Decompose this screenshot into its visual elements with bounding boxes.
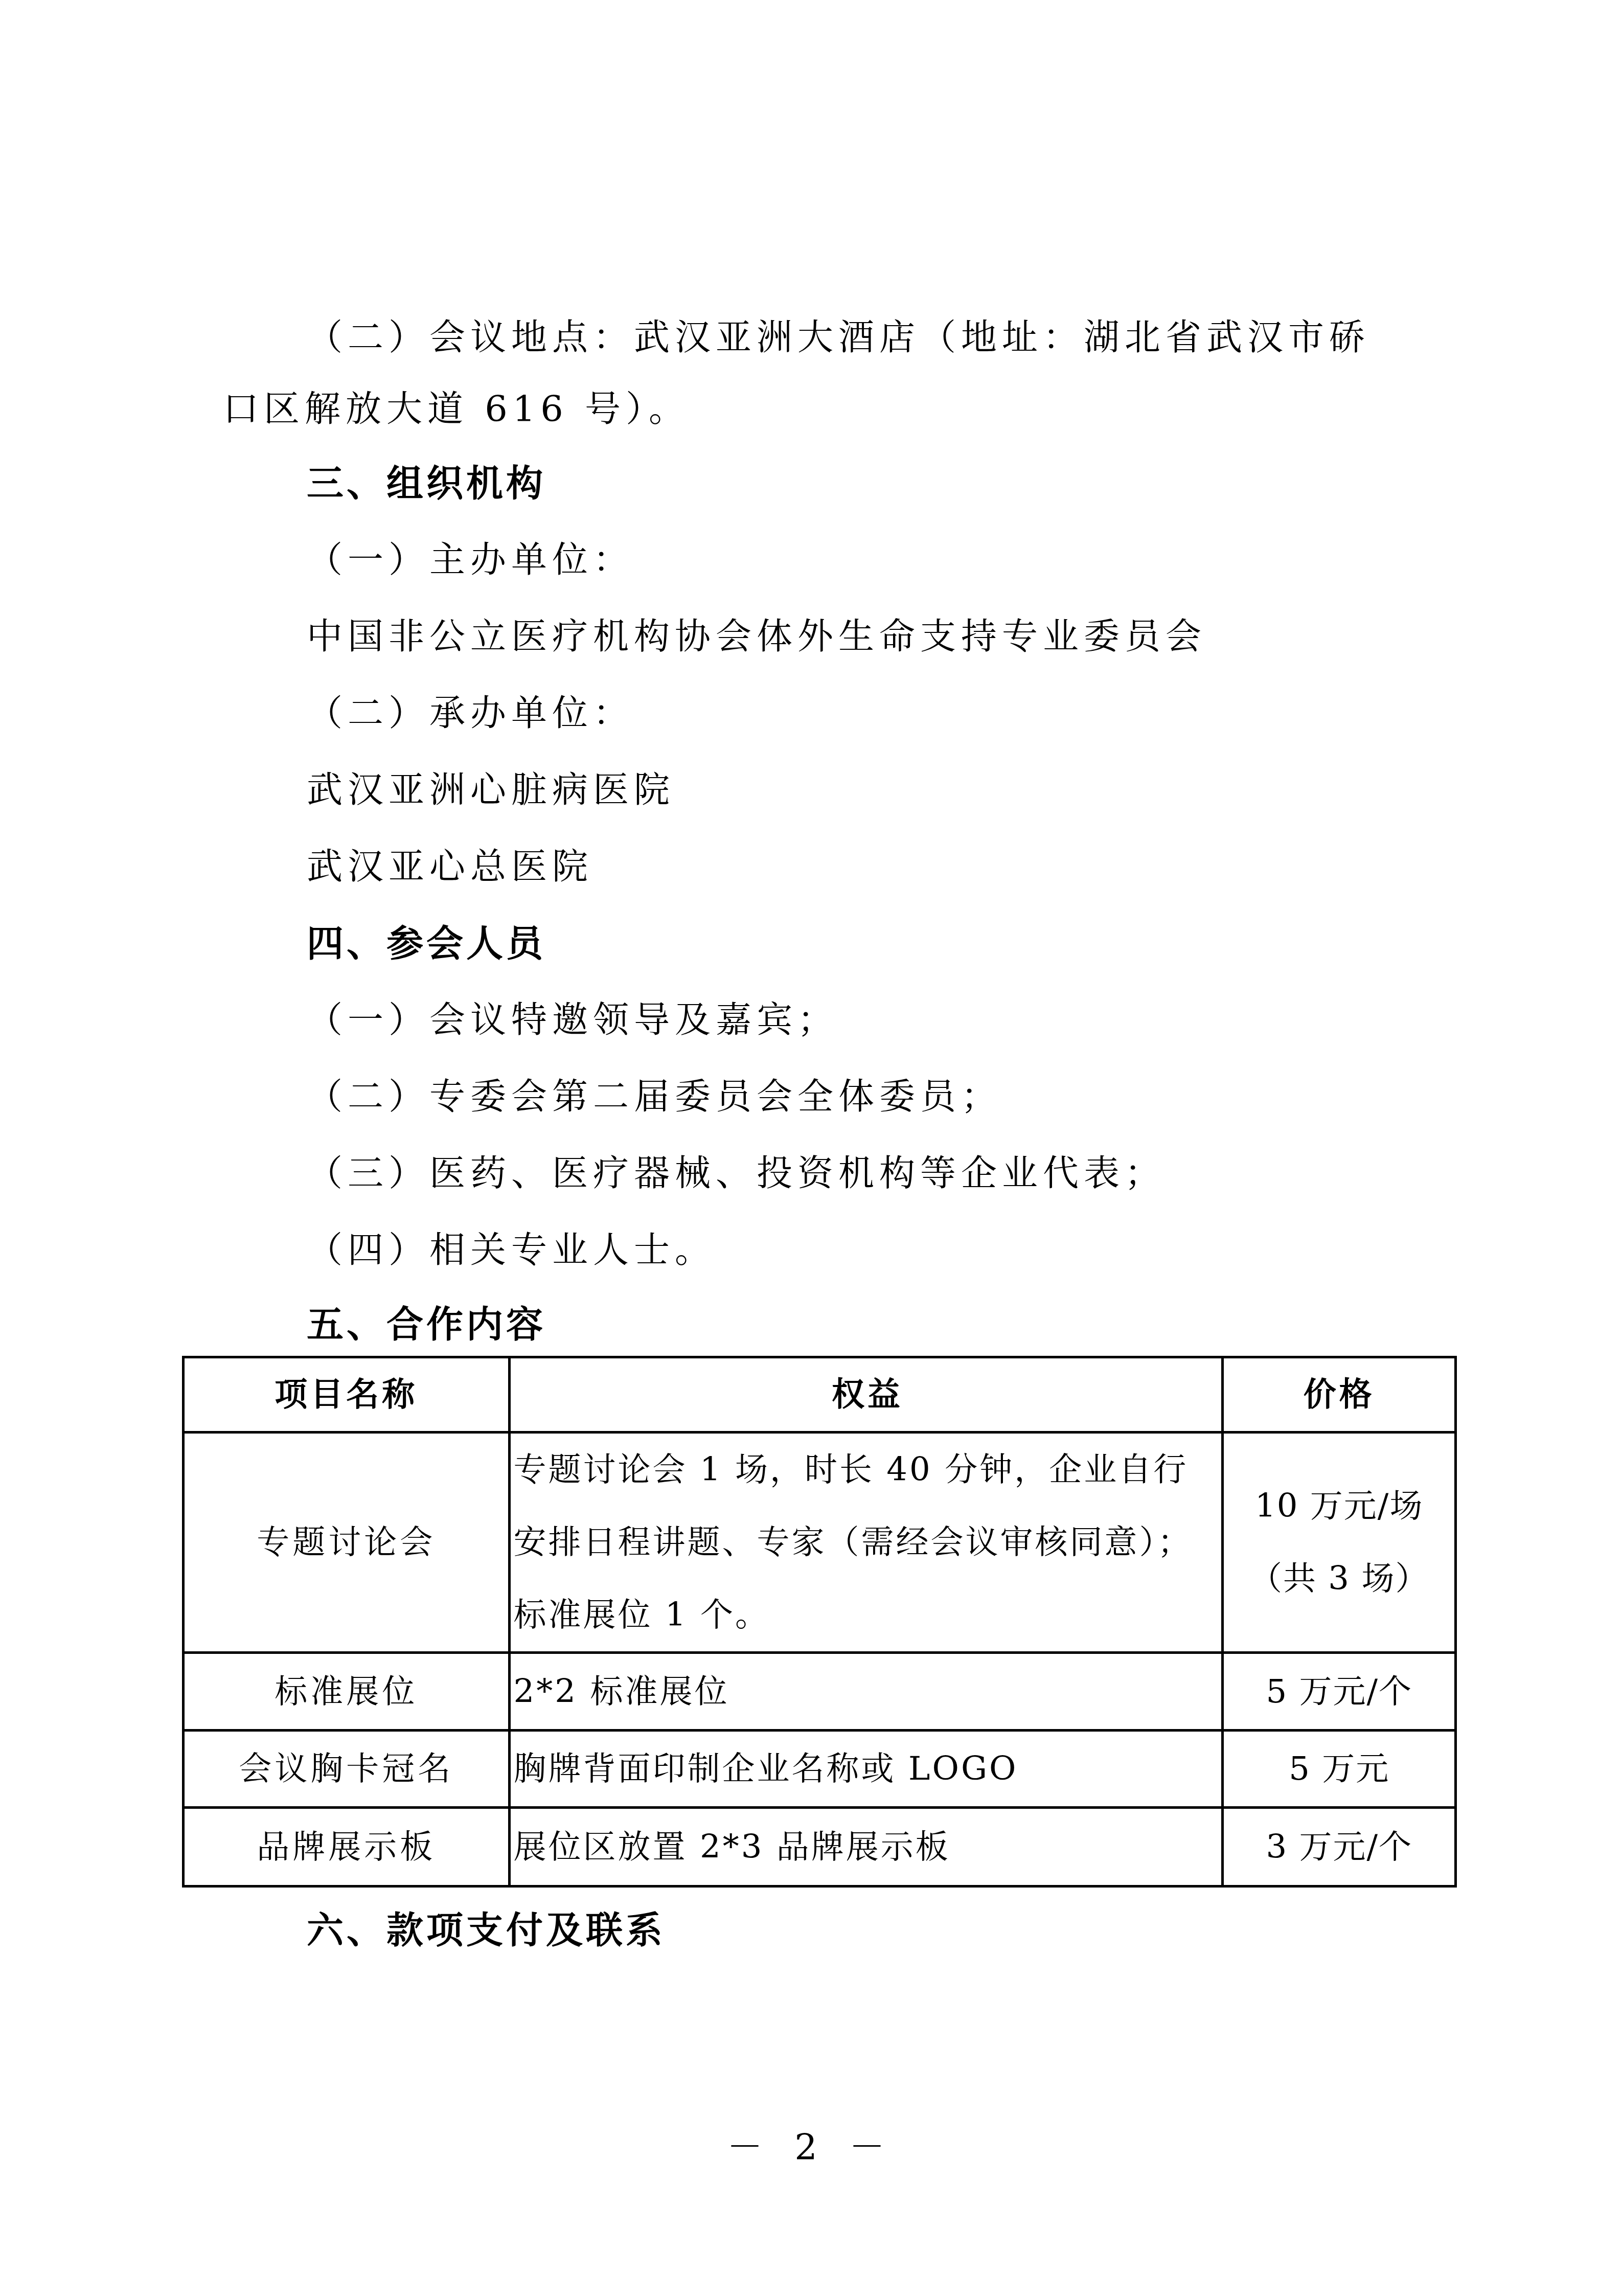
section-6-heading: 六、款项支付及联系 bbox=[307, 1904, 666, 1956]
venue-line-1: （二）会议地点：武汉亚洲大酒店（地址：湖北省武汉市硚 bbox=[307, 312, 1370, 363]
host-label: （一）主办单位： bbox=[307, 534, 634, 585]
table-row: 会议胸卡冠名 胸牌背面印制企业名称或 LOGO 5 万元 bbox=[184, 1731, 1456, 1808]
item-name-cell: 会议胸卡冠名 bbox=[184, 1731, 510, 1808]
header-item-name: 项目名称 bbox=[184, 1357, 510, 1433]
benefits-cell: 胸牌背面印制企业名称或 LOGO bbox=[509, 1731, 1223, 1808]
benefits-line: 标准展位 1 个。 bbox=[514, 1579, 1222, 1651]
price-line: （共 3 场） bbox=[1224, 1542, 1454, 1615]
benefits-line: 专题讨论会 1 场，时长 40 分钟，企业自行 bbox=[514, 1434, 1222, 1506]
benefits-cell: 展位区放置 2*3 品牌展示板 bbox=[509, 1808, 1223, 1886]
item-name-cell: 专题讨论会 bbox=[184, 1433, 510, 1653]
attendee-item-2: （二）专委会第二届委员会全体委员； bbox=[307, 1071, 1002, 1122]
price-cell: 5 万元 bbox=[1223, 1731, 1456, 1808]
cooperation-table: 项目名称 权益 价格 专题讨论会 专题讨论会 1 场，时长 40 分钟，企业自行… bbox=[182, 1356, 1457, 1888]
item-name-cell: 品牌展示板 bbox=[184, 1808, 510, 1886]
organizer-value-2: 武汉亚心总医院 bbox=[307, 841, 593, 892]
price-cell: 10 万元/场 （共 3 场） bbox=[1223, 1433, 1456, 1653]
header-benefits: 权益 bbox=[509, 1357, 1223, 1433]
header-price: 价格 bbox=[1223, 1357, 1456, 1433]
price-cell: 3 万元/个 bbox=[1223, 1808, 1456, 1886]
attendee-item-4: （四）相关专业人士。 bbox=[307, 1224, 716, 1276]
item-name-cell: 标准展位 bbox=[184, 1653, 510, 1731]
price-cell: 5 万元/个 bbox=[1223, 1653, 1456, 1731]
organizer-value-1: 武汉亚洲心脏病医院 bbox=[307, 764, 675, 815]
price-line: 10 万元/场 bbox=[1224, 1470, 1454, 1542]
page-number: － 2 － bbox=[0, 2122, 1622, 2173]
organizer-label: （二）承办单位： bbox=[307, 688, 634, 739]
benefits-line: 安排日程讲题、专家（需经会议审核同意）； bbox=[514, 1506, 1222, 1579]
attendee-item-3: （三）医药、医疗器械、投资机构等企业代表； bbox=[307, 1148, 1166, 1199]
table-row: 标准展位 2*2 标准展位 5 万元/个 bbox=[184, 1653, 1456, 1731]
table-row: 专题讨论会 专题讨论会 1 场，时长 40 分钟，企业自行 安排日程讲题、专家（… bbox=[184, 1433, 1456, 1653]
host-value: 中国非公立医疗机构协会体外生命支持专业委员会 bbox=[307, 611, 1206, 662]
benefits-cell: 2*2 标准展位 bbox=[509, 1653, 1223, 1731]
table-header-row: 项目名称 权益 价格 bbox=[184, 1357, 1456, 1433]
table-row: 品牌展示板 展位区放置 2*3 品牌展示板 3 万元/个 bbox=[184, 1808, 1456, 1886]
attendee-item-1: （一）会议特邀领导及嘉宾； bbox=[307, 994, 838, 1045]
benefits-cell: 专题讨论会 1 场，时长 40 分钟，企业自行 安排日程讲题、专家（需经会议审核… bbox=[509, 1433, 1223, 1653]
section-3-heading: 三、组织机构 bbox=[307, 458, 546, 509]
section-4-heading: 四、参会人员 bbox=[307, 918, 546, 969]
section-5-heading: 五、合作内容 bbox=[307, 1299, 546, 1350]
venue-line-2: 口区解放大道 616 号）。 bbox=[223, 383, 690, 435]
